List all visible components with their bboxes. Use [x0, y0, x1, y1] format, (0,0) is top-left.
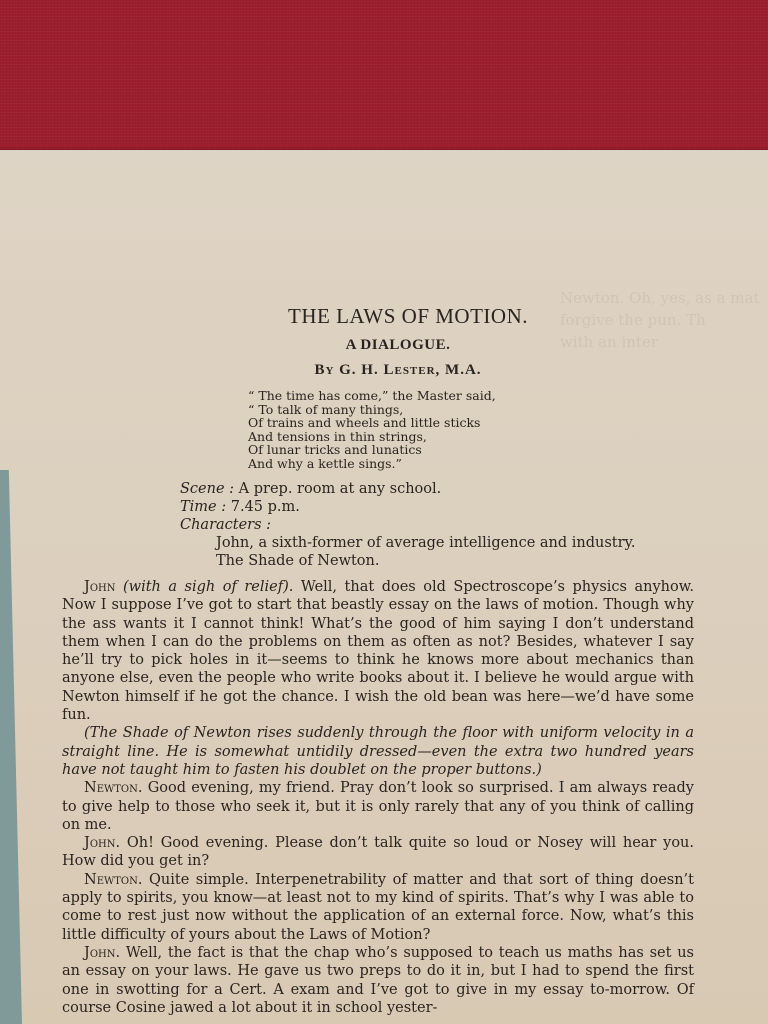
time-label: Time : — [180, 499, 226, 515]
time-value: 7.45 p.m. — [231, 499, 300, 515]
characters-row: Characters : — [180, 516, 694, 534]
epigraph-line: And tensions in thin strings, — [248, 430, 694, 444]
dialogue-text: Good evening, my friend. Pray don’t look… — [62, 780, 694, 833]
dialogue-paragraph: Newton. Good evening, my friend. Pray do… — [62, 779, 694, 834]
epigraph-line: Of trains and wheels and little sticks — [248, 416, 694, 430]
epigraph: “ The time has come,” the Master said, “… — [248, 389, 694, 470]
speaker-name: Newton — [84, 780, 138, 796]
scene-info: Scene : A prep. room at any school. Time… — [180, 480, 694, 570]
character-item: John, a sixth-former of average intellig… — [216, 534, 694, 552]
article-byline: By G. H. Lester, M.A. — [102, 362, 694, 379]
stage-direction-paragraph: (The Shade of Newton rises suddenly thro… — [62, 724, 694, 779]
epigraph-line: “ The time has come,” the Master said, — [248, 389, 694, 403]
book-cover-cloth — [0, 0, 768, 152]
epigraph-line: Of lunar tricks and lunatics — [248, 443, 694, 457]
dialogue-paragraph: John (with a sigh of relief). Well, that… — [62, 578, 694, 724]
speaker-name: John — [84, 945, 115, 961]
speaker-name: John — [84, 579, 115, 595]
article: THE LAWS OF MOTION. A DIALOGUE. By G. H.… — [62, 300, 694, 1017]
dialogue-text: Well, that does old Spectroscope’s physi… — [62, 579, 694, 723]
stage-direction: (with a sigh of relief). — [123, 579, 293, 595]
speaker-name: John — [84, 835, 115, 851]
article-subtitle: A DIALOGUE. — [102, 337, 694, 354]
dialogue-text: Oh! Good evening. Please don’t talk quit… — [62, 835, 694, 869]
speaker-name: Newton — [84, 872, 138, 888]
dialogue-paragraph: Newton. Quite simple. Interpenetrability… — [62, 871, 694, 944]
dialogue-paragraph: John. Well, the fact is that the chap wh… — [62, 944, 694, 1017]
epigraph-line: And why a kettle sings.” — [248, 457, 694, 471]
scene-row: Scene : A prep. room at any school. — [180, 480, 694, 498]
scene-value: A prep. room at any school. — [239, 481, 442, 497]
characters-label: Characters : — [180, 517, 271, 533]
time-row: Time : 7.45 p.m. — [180, 498, 694, 516]
dialogue-paragraph: John. Oh! Good evening. Please don’t tal… — [62, 834, 694, 871]
article-title: THE LAWS OF MOTION. — [122, 304, 694, 329]
character-item: The Shade of Newton. — [216, 552, 694, 570]
dialogue-text: Quite simple. Interpenetrability of matt… — [62, 872, 694, 943]
scene-label: Scene : — [180, 481, 234, 497]
dialogue-text: Well, the fact is that the chap who’s su… — [62, 945, 694, 1016]
epigraph-line: “ To talk of many things, — [248, 403, 694, 417]
